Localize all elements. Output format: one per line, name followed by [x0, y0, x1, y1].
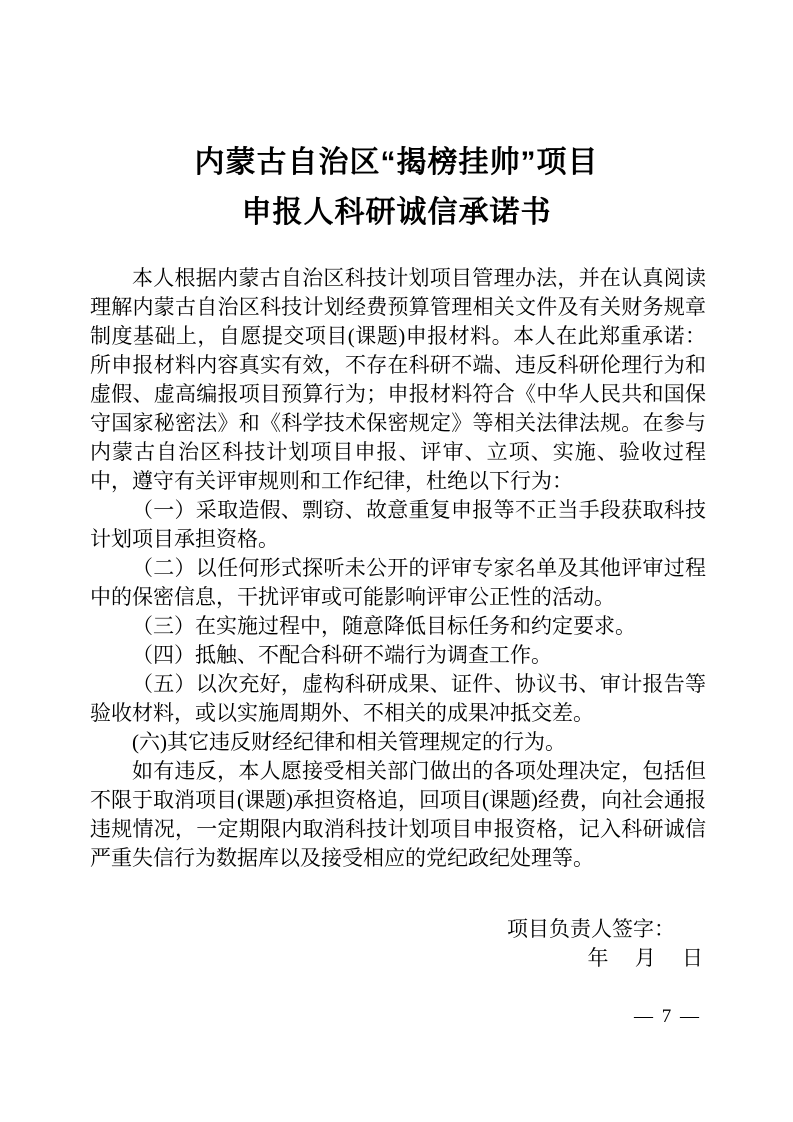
paragraph-item-1: （一）采取造假、剽窃、故意重复申报等不正当手段获取科技计划项目承担资格。	[90, 496, 706, 554]
signature-label: 项目负责人签字：	[0, 915, 793, 944]
document-page: 内蒙古自治区“揭榜挂帅”项目 申报人科研诚信承诺书 本人根据内蒙古自治区科技计划…	[0, 0, 793, 1122]
paragraph-item-3: （三）在实施过程中，随意降低目标任务和约定要求。	[90, 612, 706, 641]
title-line-1: 内蒙古自治区“揭榜挂帅”项目	[0, 138, 793, 188]
date-line: 年 月 日	[0, 944, 793, 973]
paragraph-item-4: （四）抵触、不配合科研不端行为调查工作。	[90, 641, 706, 670]
paragraph-intro: 本人根据内蒙古自治区科技计划项目管理办法，并在认真阅读理解内蒙古自治区科技计划经…	[90, 264, 706, 496]
document-body: 本人根据内蒙古自治区科技计划项目管理办法，并在认真阅读理解内蒙古自治区科技计划经…	[90, 264, 706, 873]
paragraph-item-2: （二）以任何形式探听未公开的评审专家名单及其他评审过程中的保密信息，干扰评审或可…	[90, 554, 706, 612]
signature-block: 项目负责人签字： 年 月 日	[0, 915, 793, 973]
paragraph-item-5: （五）以次充好，虚构科研成果、证件、协议书、审计报告等验收材料，或以实施周期外、…	[90, 670, 706, 728]
paragraph-closing: 如有违反，本人愿接受相关部门做出的各项处理决定，包括但不限于取消项目(课题)承担…	[90, 757, 706, 873]
title-line-2: 申报人科研诚信承诺书	[0, 188, 793, 238]
document-title: 内蒙古自治区“揭榜挂帅”项目 申报人科研诚信承诺书	[0, 0, 793, 238]
paragraph-item-6: (六)其它违反财经纪律和相关管理规定的行为。	[90, 728, 706, 757]
page-number: — 7 —	[634, 1006, 701, 1028]
